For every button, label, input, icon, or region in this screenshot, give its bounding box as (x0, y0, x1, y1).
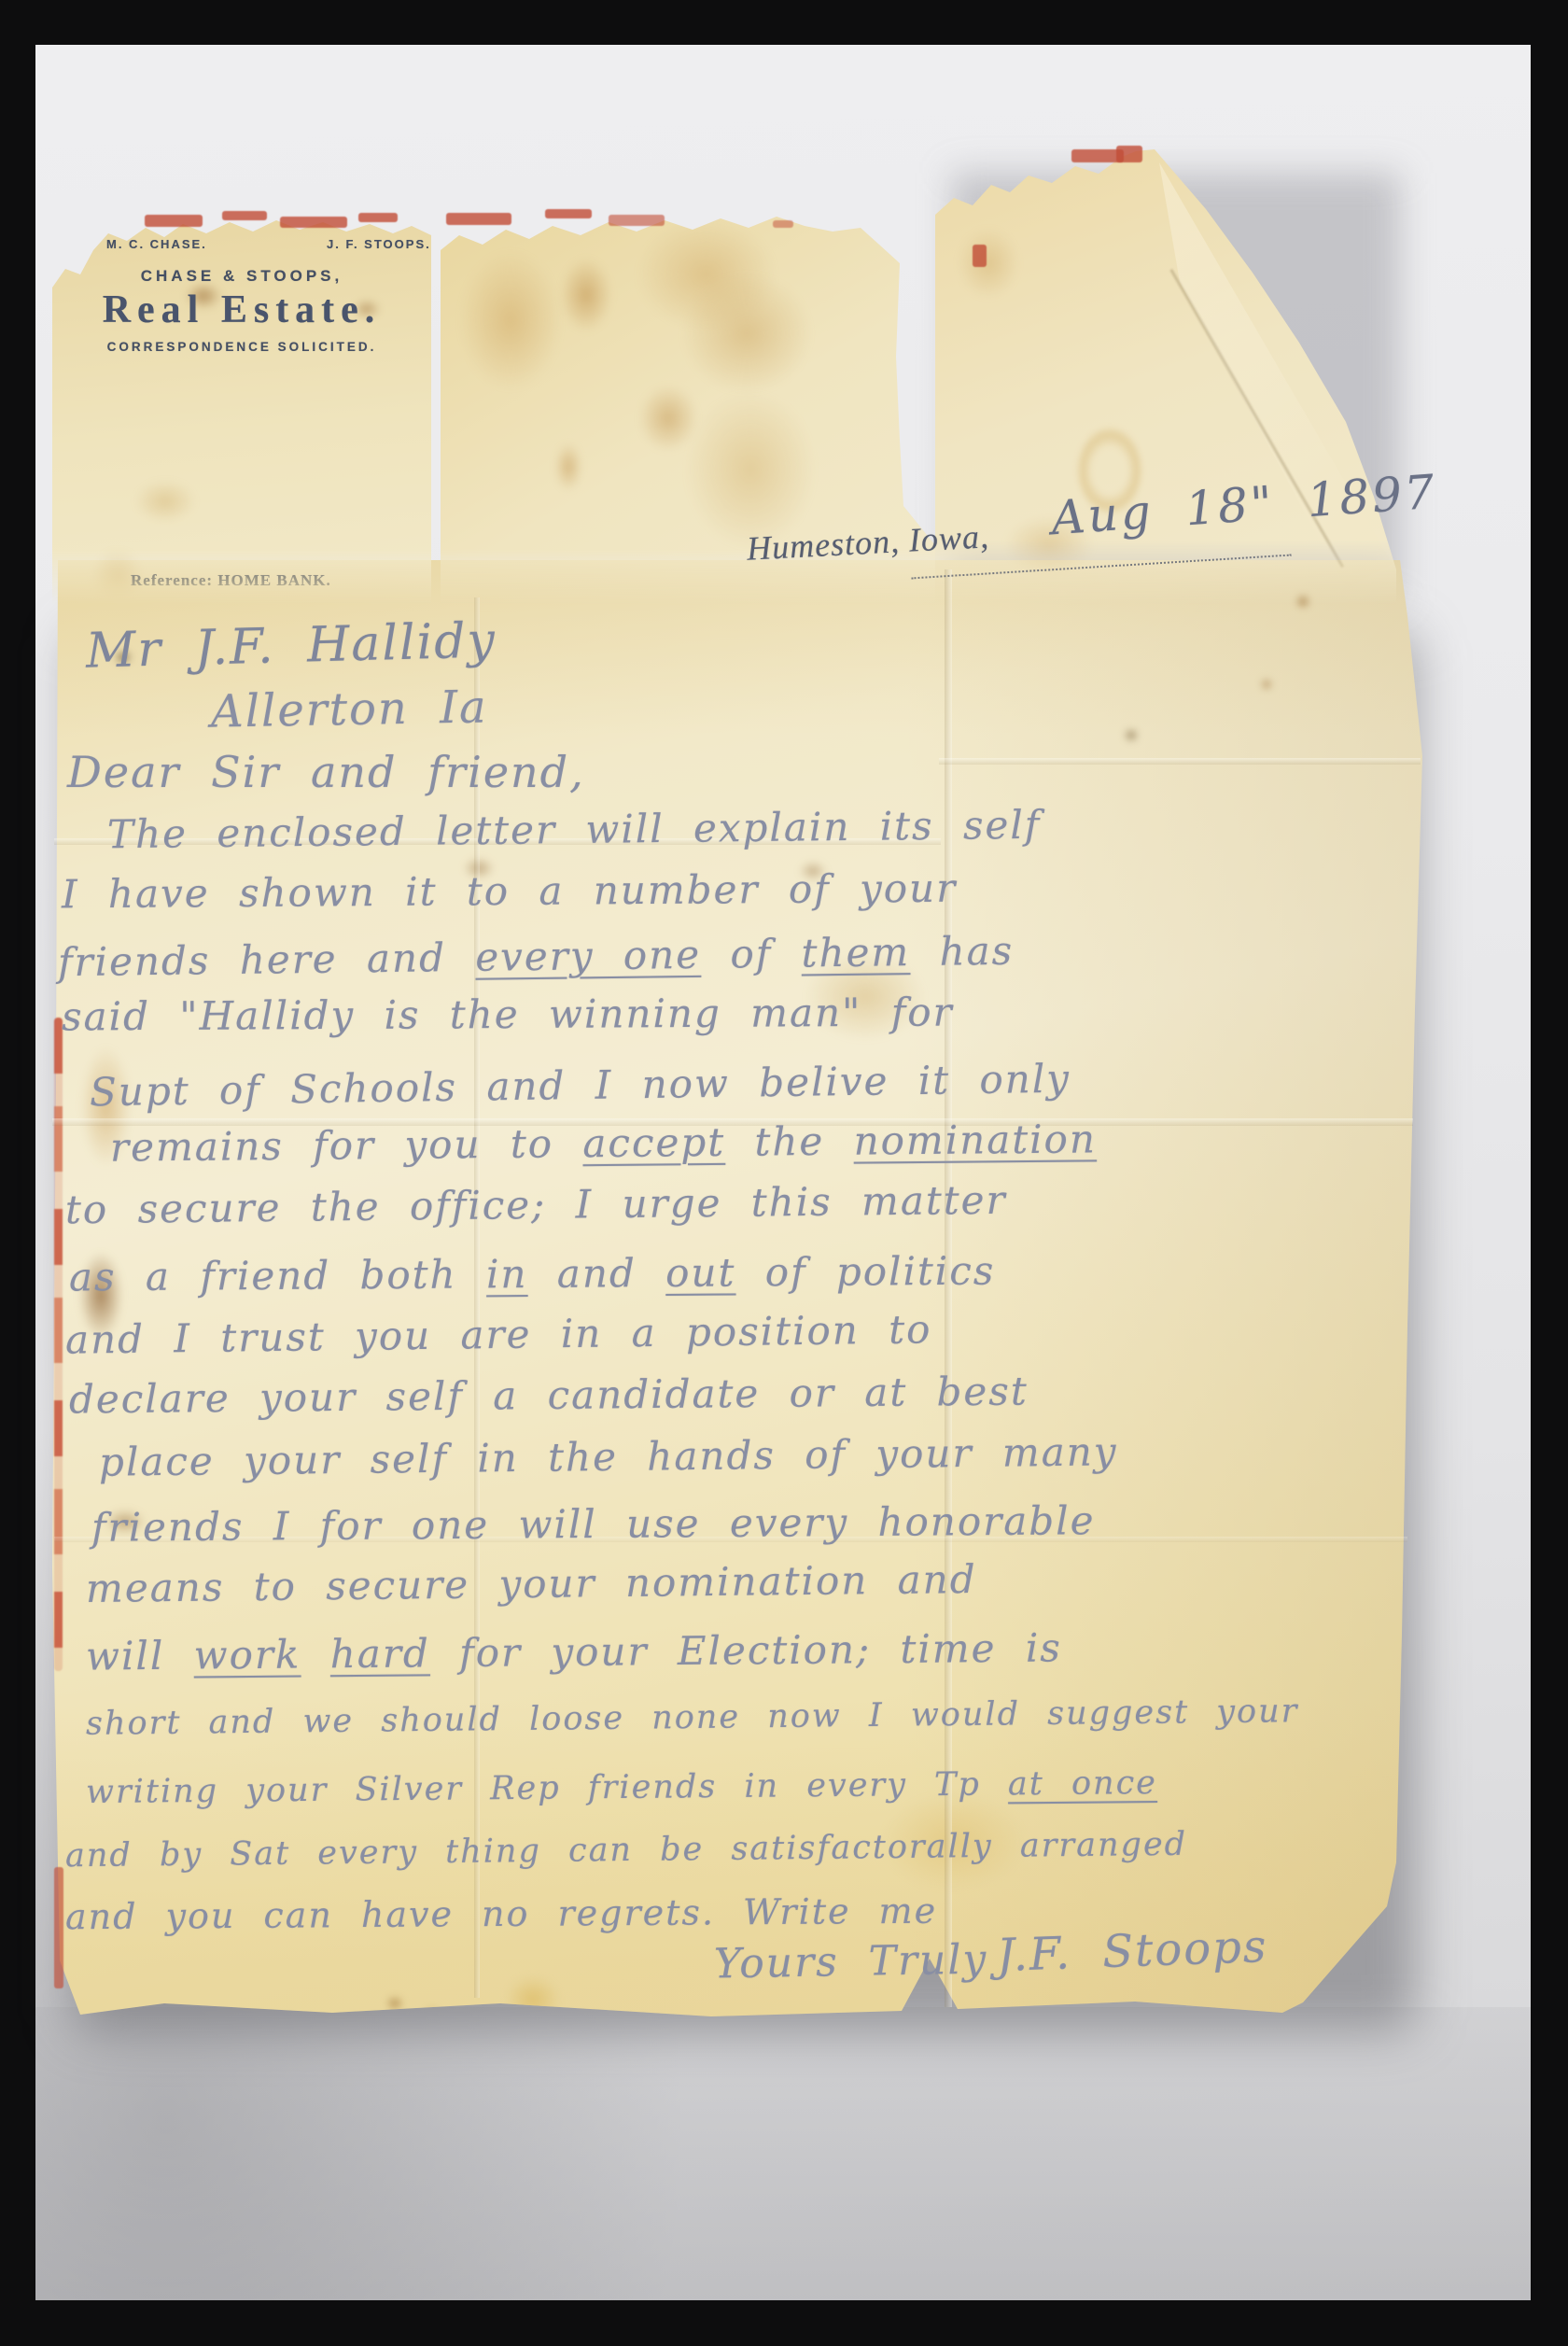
body-line: said "Hallidy is the winning man" for (62, 989, 954, 1039)
body-line: means to secure your nomination and (86, 1556, 977, 1611)
body-line: will work hard for your Election; time i… (86, 1624, 1062, 1679)
red-edge-mark (1116, 146, 1142, 162)
body-line: friends I for one will use every honorab… (91, 1497, 1096, 1551)
body-line: I have shown it to a number of your (62, 865, 958, 918)
red-edge-mark (222, 211, 267, 220)
red-edge-mark (609, 215, 665, 226)
fold-crease-horizontal (939, 758, 1421, 765)
recipient-name: Mr J.F. Hallidy (85, 612, 497, 679)
backdrop-shadow (35, 2007, 1531, 2300)
signature: J.F. Stoops (996, 1920, 1268, 1982)
stain (554, 443, 582, 491)
letterhead-partner-left: M. C. CHASE. (106, 237, 207, 251)
letterhead-firm-name: CHASE & STOOPS, (52, 267, 431, 286)
stain (388, 1998, 401, 2009)
red-edge-mark (973, 245, 987, 267)
body-line: and you can have no regrets. Write me (65, 1890, 937, 1938)
body-line: remains for you to accept the nomination (110, 1116, 1097, 1170)
body-line: declare your self a candidate or at best (69, 1369, 1029, 1423)
red-edge-mark (773, 220, 793, 228)
letter-paper-top-left-flap: M. C. CHASE. J. F. STOOPS. CHASE & STOOP… (52, 213, 431, 605)
red-edge-mark (545, 209, 592, 218)
stain (459, 250, 562, 390)
closing: Yours Truly (714, 1935, 988, 1988)
body-line: The enclosed letter will explain its sel… (107, 802, 1042, 857)
stain (685, 390, 816, 549)
red-edge-mark (358, 213, 398, 222)
stain (560, 258, 612, 332)
stain (958, 228, 1019, 299)
letterhead-reference: Reference: HOME BANK. (131, 571, 331, 590)
salutation: Dear Sir and friend, (67, 747, 585, 797)
recipient-place: Allerton Ia (211, 681, 489, 738)
stain (681, 273, 812, 394)
letterhead-tagline: CORRESPONDENCE SOLICITED. (52, 340, 431, 354)
letterhead-partner-right: J. F. STOOPS. (327, 237, 431, 251)
red-edge-mark (280, 217, 347, 228)
red-edge-mark (54, 1867, 63, 1988)
red-edge-mark (446, 213, 511, 225)
stain (1124, 728, 1139, 742)
red-edge-strip (54, 1018, 63, 1671)
body-line: as a friend both in and out of politics (69, 1248, 996, 1300)
stain (134, 480, 196, 523)
letterhead-business-line: Real Estate. (52, 288, 431, 332)
photo-of-letter: M. C. CHASE. J. F. STOOPS. CHASE & STOOP… (0, 0, 1568, 2346)
stain (1262, 680, 1271, 689)
red-edge-mark (145, 215, 203, 227)
